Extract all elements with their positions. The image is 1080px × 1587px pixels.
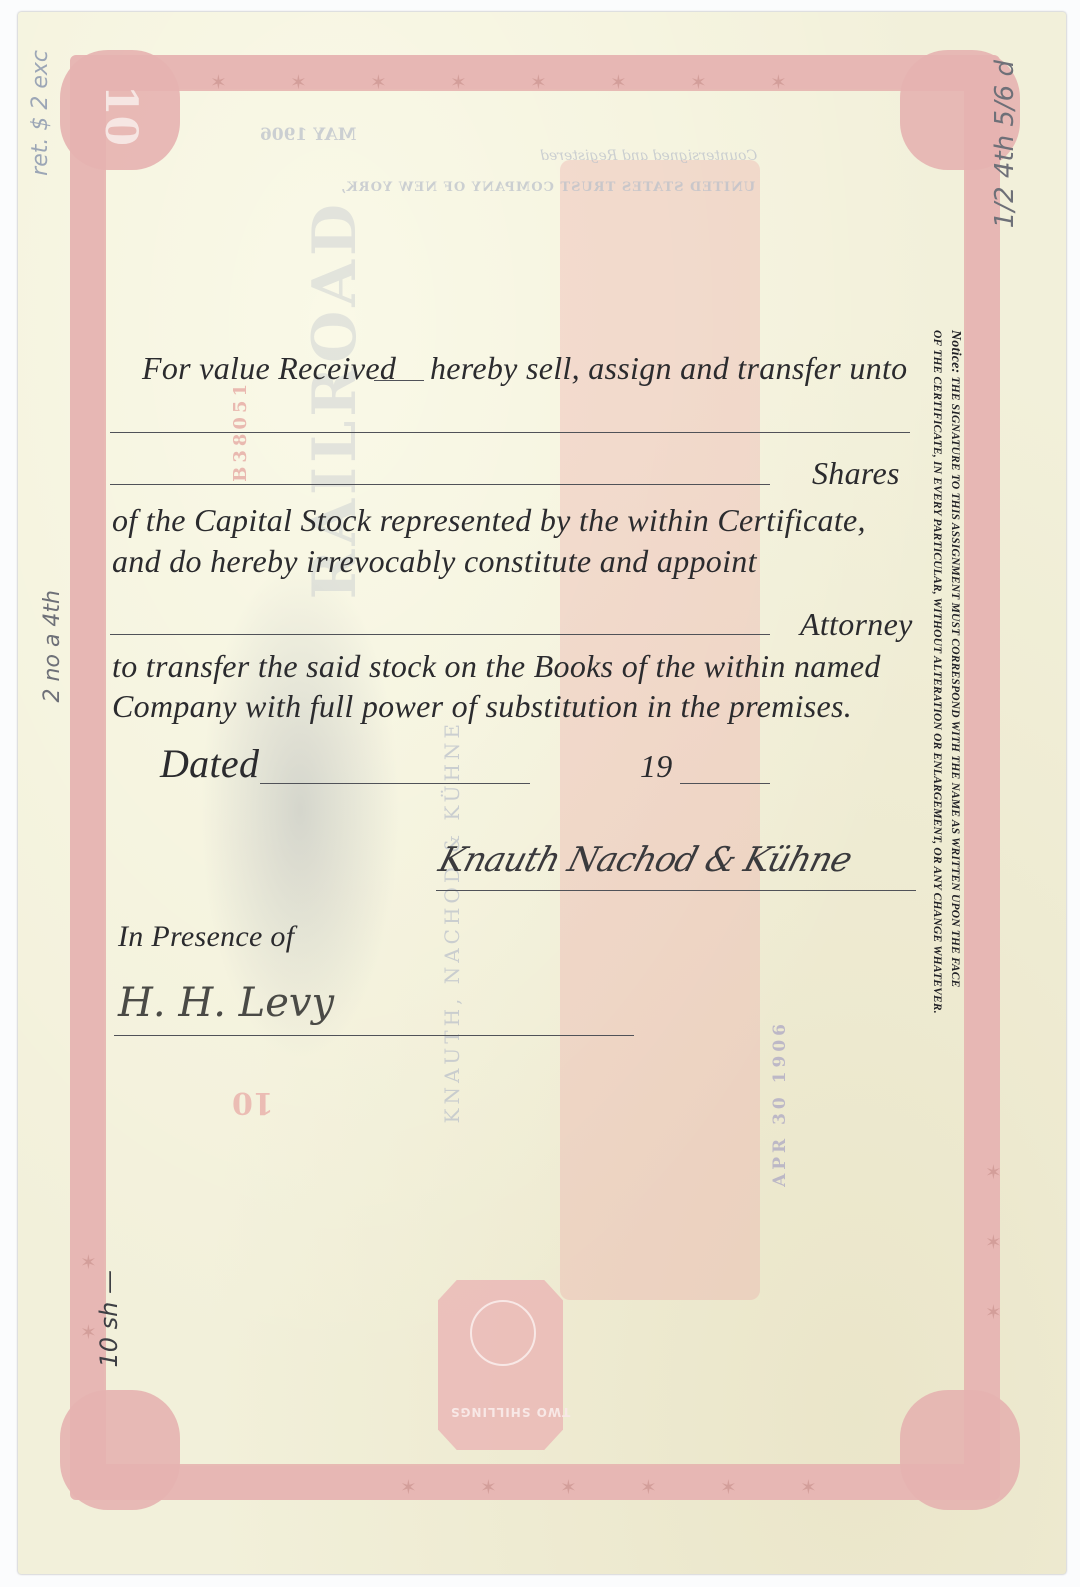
bleed-through-cert-number: B38051: [230, 380, 251, 482]
in-presence-of-label: In Presence of: [118, 920, 294, 954]
star-icon: ✶: [400, 1475, 417, 1499]
star-icon: ✶: [770, 70, 787, 94]
star-icon: ✶: [450, 70, 467, 94]
witness-signature-line: [114, 1035, 634, 1036]
bleed-through-red-panel: [560, 160, 760, 1300]
assignor-signature-line: [436, 890, 916, 891]
pencil-note-left-edge: ret. $ 2 exc: [28, 50, 53, 176]
star-icon: ✶: [370, 70, 387, 94]
bleed-through-registrar: UNITED STATES TRUST COMPANY OF NEW YORK,: [340, 180, 755, 195]
bleed-through-date-stamp: APR 30 1906: [770, 1020, 790, 1187]
star-icon: ✶: [640, 1475, 657, 1499]
star-icon: ✶: [210, 70, 227, 94]
star-icon: ✶: [985, 1300, 1002, 1324]
pencil-note-bottom-left: 10 sh —: [95, 1270, 123, 1368]
star-icon: ✶: [690, 70, 707, 94]
attorney-blank-line: [110, 634, 770, 635]
date-blank-line: [260, 783, 530, 784]
revenue-stamp-text: TWO SHILLINGS: [450, 1405, 570, 1419]
assignor-signature: Knauth Nachod & Kühne: [435, 840, 856, 880]
transfer-unto-label: hereby sell, assign and transfer unto: [430, 350, 907, 387]
bleed-through-firm-name: KNAUTH, NACHOD & KÜHNE: [440, 720, 464, 1124]
star-icon: ✶: [530, 70, 547, 94]
star-icon: ✶: [480, 1475, 497, 1499]
notice-text-1: THE SIGNATURE TO THIS ASSIGNMENT MUST CO…: [949, 376, 961, 987]
irrevocably-appoint-line: and do hereby irrevocably constitute and…: [112, 543, 757, 580]
corner-ornament-bottom-left: [60, 1390, 180, 1510]
year-blank-line: [680, 783, 770, 784]
bleed-through-company-title: RAILROAD: [300, 200, 370, 599]
bleed-through-numeral: 10: [232, 1085, 274, 1120]
corner-ornament-bottom-right: [900, 1390, 1020, 1510]
revenue-stamp-seal: [470, 1300, 536, 1366]
star-icon: ✶: [985, 1230, 1002, 1254]
transfer-books-line: to transfer the said stock on the Books …: [112, 648, 881, 685]
year-prefix: 19: [640, 748, 673, 785]
transferee-blank-line: [110, 432, 910, 433]
notice-lead: Notice:: [948, 330, 963, 373]
star-icon: ✶: [985, 1160, 1002, 1184]
bleed-through-countersigned: Countersigned and Registered: [540, 148, 757, 164]
pencil-note-left-margin: 2 no a 4th: [40, 590, 65, 702]
star-icon: ✶: [720, 1475, 737, 1499]
bleed-through-stamp-date: MAY 1906: [260, 125, 357, 145]
corner-denomination: 10: [95, 85, 146, 146]
substitution-line: Company with full power of substitution …: [112, 688, 852, 725]
notice-text-2: OF THE CERTIFICATE, IN EVERY PARTICULAR,…: [931, 330, 943, 1014]
signature-notice: Notice: THE SIGNATURE TO THIS ASSIGNMENT…: [928, 330, 964, 1090]
star-icon: ✶: [610, 70, 627, 94]
capital-stock-line: of the Capital Stock represented by the …: [112, 502, 866, 539]
star-icon: ✶: [800, 1475, 817, 1499]
dated-label: Dated: [160, 740, 259, 787]
shares-label: Shares: [812, 455, 900, 492]
star-icon: ✶: [560, 1475, 577, 1499]
assignor-blank-line: [374, 380, 424, 381]
pencil-note-top-right: 1/2 4th 5/6 d: [990, 60, 1020, 228]
attorney-label: Attorney: [800, 606, 913, 643]
witness-signature: H. H. Levy: [118, 980, 334, 1026]
shares-count-blank-line: [110, 484, 770, 485]
for-value-received-label: For value Received: [142, 350, 396, 387]
star-icon: ✶: [290, 70, 307, 94]
